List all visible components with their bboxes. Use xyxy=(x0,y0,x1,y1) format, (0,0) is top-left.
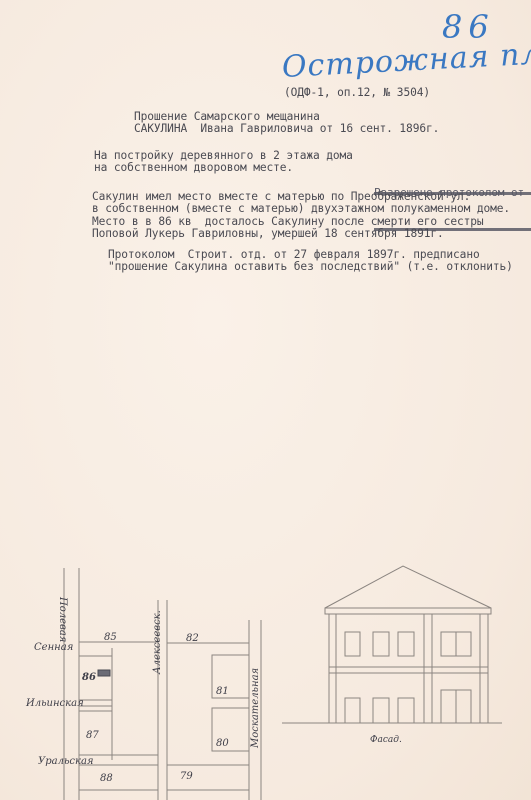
block-85: 85 xyxy=(104,632,117,643)
block-88: 88 xyxy=(100,773,113,784)
facade-caption: Фасад. xyxy=(370,735,402,745)
street-label-bottom: Уральская xyxy=(38,756,94,767)
facade-drawing xyxy=(282,566,502,723)
drawings: Полевая Алексеевск. Москательная Сенная … xyxy=(0,0,531,800)
block-82: 82 xyxy=(186,633,199,644)
street-label-left: Полевая xyxy=(57,596,68,642)
street-label-middle-horizontal: Ильинская xyxy=(25,698,84,709)
street-label-right: Москательная xyxy=(250,668,261,749)
block-80: 80 xyxy=(216,738,229,749)
block-86: 86 xyxy=(82,672,96,683)
street-label-middle: Алексеевск. xyxy=(152,610,163,675)
street-label-top: Сенная xyxy=(34,642,73,653)
block-81: 81 xyxy=(216,686,229,697)
site-plan-labels: Полевая Алексеевск. Москательная Сенная … xyxy=(25,596,261,784)
block-79: 79 xyxy=(180,771,193,782)
block-87: 87 xyxy=(86,730,99,741)
